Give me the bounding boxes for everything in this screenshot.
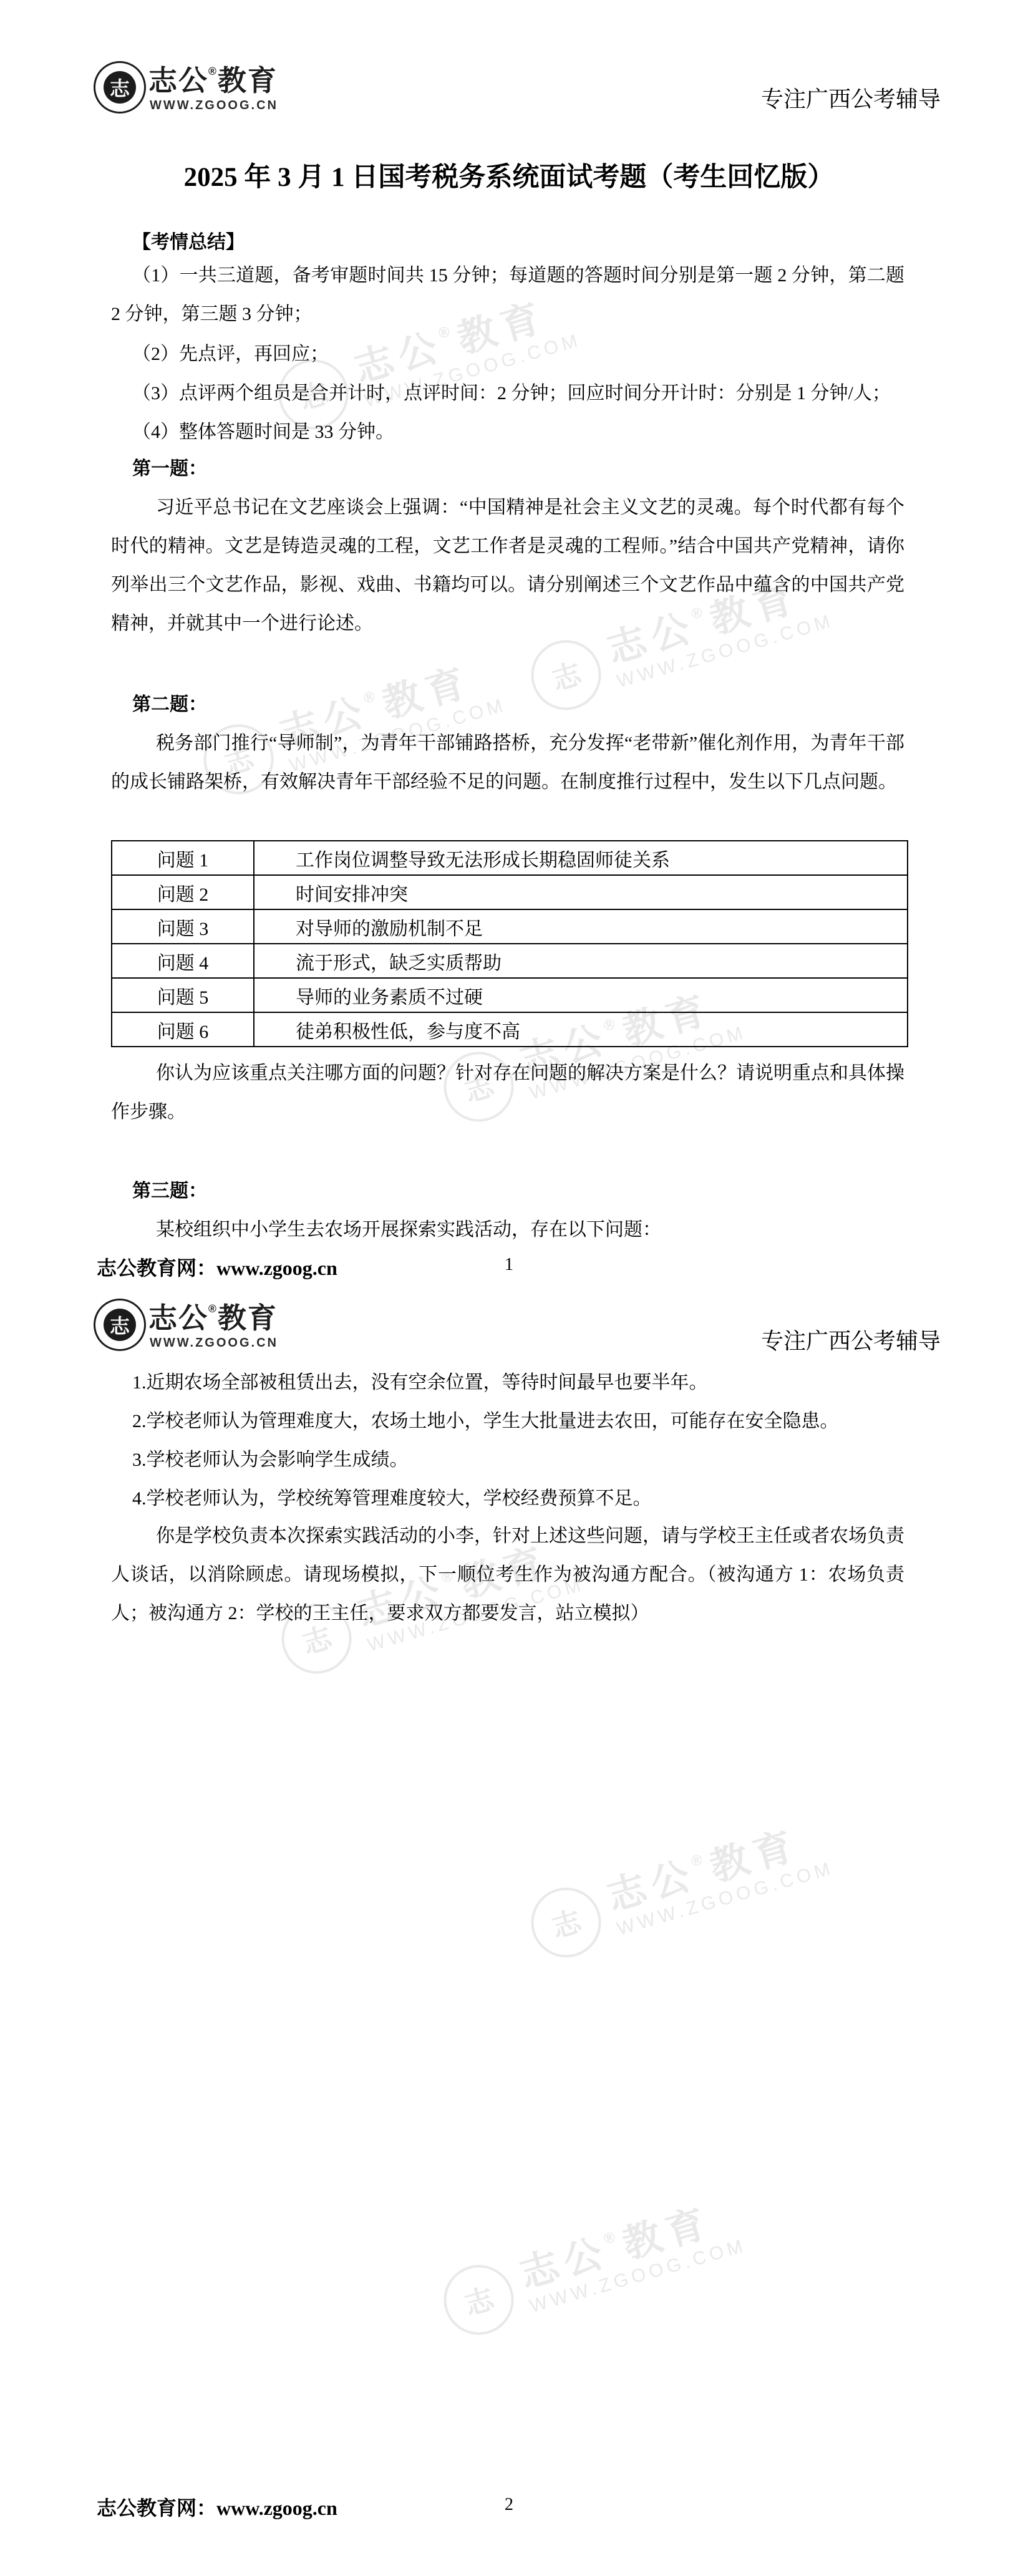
scenario-problem: 3.学校老师认为会影响学生成绩。 xyxy=(111,1441,904,1479)
problem-label: 问题 6 xyxy=(112,1012,254,1047)
summary-item: （2）先点评，再回应； xyxy=(111,335,904,374)
summary-item: （4）整体答题时间是 33 分钟。 xyxy=(111,413,904,452)
brand-wordmark: 志公®教育 xyxy=(148,66,278,95)
header-tagline: 专注广西公考辅导 xyxy=(761,82,941,114)
company-seal-logo: 志 xyxy=(94,61,146,114)
question2-prompt: 你认为应该重点关注哪方面的问题？针对存在问题的解决方案是什么？请说明重点和具体操… xyxy=(111,1054,904,1131)
question2-body: 税务部门推行“导师制”，为青年干部铺路搭桥，充分发挥“老带新”催化剂作用，为青年… xyxy=(111,724,904,801)
question1-body: 习近平总书记在文艺座谈会上强调：“中国精神是社会主义文艺的灵魂。每个时代都有每个… xyxy=(111,488,904,643)
brand-website: WWW.ZGOOG.CN xyxy=(150,1336,278,1350)
table-row: 问题 4 流于形式，缺乏实质帮助 xyxy=(112,944,908,978)
page-number: 2 xyxy=(0,2495,1018,2515)
watermark-seal-icon: 志 xyxy=(435,2257,522,2343)
problem-desc: 流于形式，缺乏实质帮助 xyxy=(254,944,908,978)
problem-label: 问题 3 xyxy=(112,909,254,944)
problem-desc: 导师的业务素质不过硬 xyxy=(254,978,908,1012)
problem-label: 问题 2 xyxy=(112,875,254,909)
question3-heading: 第三题： xyxy=(111,1172,904,1211)
document-canvas: 志 志公®教育 WWW.ZGOOG.COM 志 志公®教育 WWW.ZGOOG.… xyxy=(0,0,1018,2576)
table-row: 问题 6 徒弟积极性低，参与度不高 xyxy=(112,1012,908,1047)
problem-desc: 工作岗位调整导致无法形成长期稳固师徒关系 xyxy=(254,841,908,875)
document-title: 2025 年 3 月 1 日国考税务系统面试考题（考生回忆版） xyxy=(0,156,1018,194)
scenario-problem: 4.学校老师认为，学校统筹管理难度较大，学校经费预算不足。 xyxy=(111,1479,904,1518)
table-row: 问题 5 导师的业务素质不过硬 xyxy=(112,978,908,1012)
question3-task: 你是学校负责本次探索实践活动的小李，针对上述这些问题，请与学校王主任或者农场负责… xyxy=(111,1517,904,1633)
problem-label: 问题 5 xyxy=(112,978,254,1012)
problem-desc: 对导师的激励机制不足 xyxy=(254,909,908,944)
summary-item: （1）一共三道题，备考审题时间共 15 分钟；每道题的答题时间分别是第一题 2 … xyxy=(111,256,904,334)
problem-desc: 徒弟积极性低，参与度不高 xyxy=(254,1012,908,1047)
company-seal-logo: 志 xyxy=(94,1299,146,1351)
problem-desc: 时间安排冲突 xyxy=(254,875,908,909)
question1-heading: 第一题： xyxy=(111,450,904,488)
problems-table: 问题 1 工作岗位调整导致无法形成长期稳固师徒关系 问题 2 时间安排冲突 问题… xyxy=(111,840,908,1047)
header-tagline: 专注广西公考辅导 xyxy=(761,1324,941,1355)
table-row: 问题 3 对导师的激励机制不足 xyxy=(112,909,908,944)
registered-mark: ® xyxy=(208,1302,218,1315)
watermark-seal-icon: 志 xyxy=(523,1879,609,1966)
scenario-problem: 2.学校老师认为管理难度大，农场土地小，学生大批量进去农田，可能存在安全隐患。 xyxy=(111,1402,904,1441)
problem-label: 问题 4 xyxy=(112,944,254,978)
seal-character: 志 xyxy=(104,1309,136,1341)
problem-label: 问题 1 xyxy=(112,841,254,875)
registered-mark: ® xyxy=(208,65,218,77)
watermark: 志 志公®教育 WWW.ZGOOG.COM xyxy=(523,1814,836,1965)
summary-item: （3）点评两个组员是合并计时，点评时间：2 分钟；回应时间分开计时：分别是 1 … xyxy=(111,374,904,413)
watermark: 志 志公®教育 WWW.ZGOOG.COM xyxy=(435,2191,749,2343)
scenario-problem: 1.近期农场全部被租赁出去，没有空余位置，等待时间最早也要半年。 xyxy=(111,1363,904,1402)
table-row: 问题 1 工作岗位调整导致无法形成长期稳固师徒关系 xyxy=(112,841,908,875)
page-number: 1 xyxy=(0,1255,1018,1275)
question3-intro: 某校组织中小学生去农场开展探索实践活动，存在以下问题： xyxy=(111,1211,904,1249)
table-row: 问题 2 时间安排冲突 xyxy=(112,875,908,909)
question2-heading: 第二题： xyxy=(111,685,904,724)
brand-wordmark: 志公®教育 xyxy=(148,1304,278,1332)
brand-website: WWW.ZGOOG.CN xyxy=(150,99,278,113)
seal-character: 志 xyxy=(104,71,136,104)
